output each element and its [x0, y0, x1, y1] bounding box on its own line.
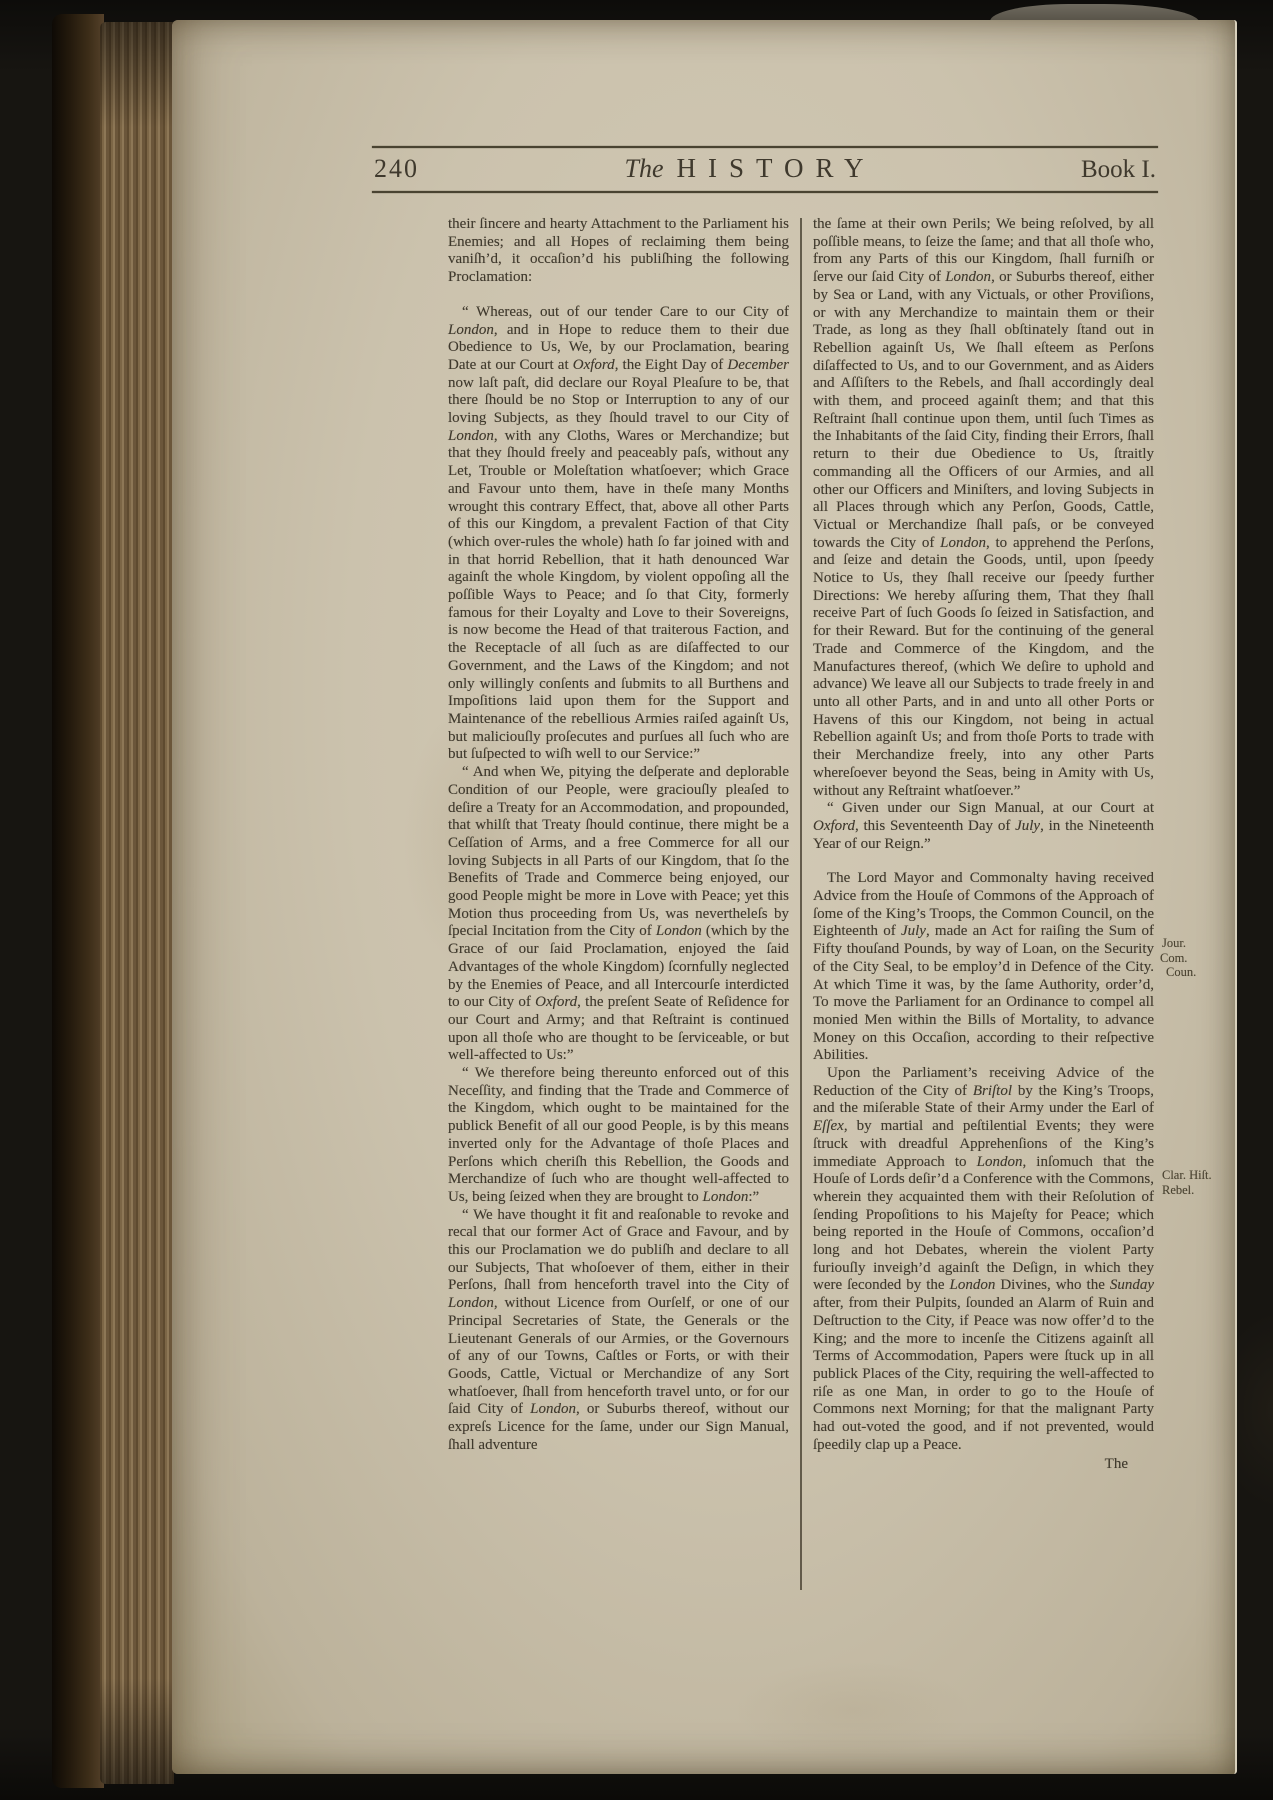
paragraph: “ Given under our Sign Manual, at our Co…: [813, 800, 1154, 853]
running-title-the: The: [624, 154, 663, 183]
paragraph: “ Whereas, out of our tender Care to our…: [448, 304, 789, 764]
book-photo: 240 TheHISTORY Book I. their ſincere and…: [0, 0, 1273, 1800]
margin-note-clarendon-history: Clar. Hiſt. Rebel.: [1162, 1168, 1242, 1197]
margin-note-line: Clar. Hiſt.: [1162, 1168, 1242, 1183]
catchword: The: [813, 1456, 1154, 1474]
paragraph: their ſincere and hearty Attachment to t…: [448, 216, 789, 287]
page-number: 240: [374, 154, 419, 184]
header-rule-bottom: [372, 191, 1158, 193]
paragraph: The Lord Mayor and Commonalty having rec…: [813, 870, 1154, 1065]
paragraph: Upon the Parliament’s receiving Advice o…: [813, 1065, 1154, 1454]
paragraph: “ We therefore being thereunto enforced …: [448, 1065, 789, 1207]
right-column: the ſame at their own Perils; We being r…: [813, 216, 1154, 1473]
printed-page-content: 240 TheHISTORY Book I. their ſincere and…: [0, 0, 1273, 1800]
page-header: 240 TheHISTORY Book I.: [372, 146, 1158, 193]
left-column: their ſincere and hearty Attachment to t…: [448, 216, 789, 1473]
column-divider: [800, 218, 802, 1590]
margin-note-line: Rebel.: [1162, 1183, 1242, 1198]
book-label: Book I.: [1081, 156, 1156, 184]
paragraph: “ And when We, pitying the deſperate and…: [448, 764, 789, 1065]
running-title-history: HISTORY: [676, 153, 875, 183]
margin-note-line: Coun.: [1166, 965, 1242, 980]
running-title: TheHISTORY: [419, 153, 1081, 184]
margin-note-line: Com.: [1160, 951, 1242, 966]
text-columns: their ſincere and hearty Attachment to t…: [448, 216, 1154, 1473]
paragraph: “ We have thought it fit and reaſonable …: [448, 1207, 789, 1455]
paragraph: the ſame at their own Perils; We being r…: [813, 216, 1154, 800]
margin-note-line: Jour.: [1162, 936, 1242, 951]
margin-note-journal-common-council: Jour. Com. Coun.: [1162, 936, 1242, 980]
